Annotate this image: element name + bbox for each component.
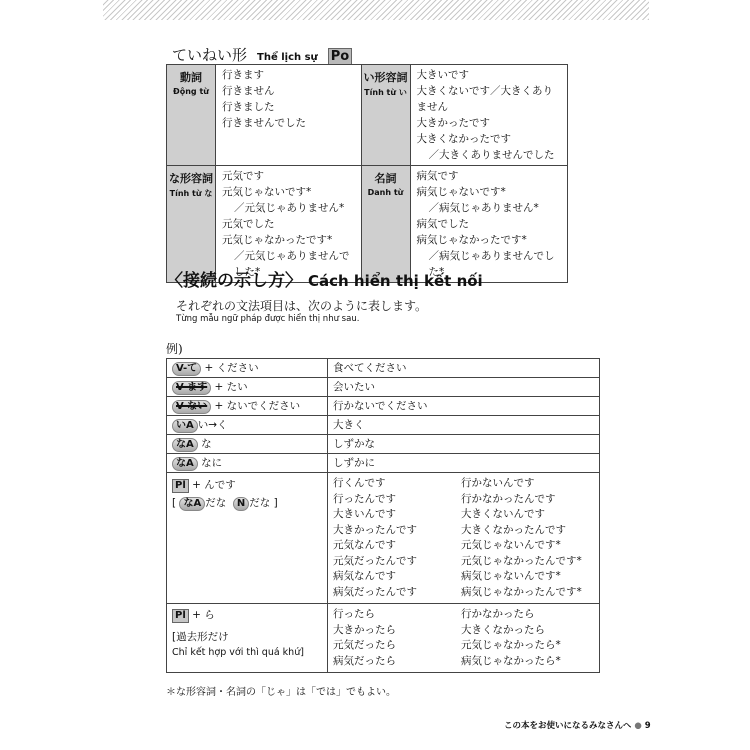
section-title-jp: 〈接続の示し方〉 bbox=[166, 266, 302, 291]
affirmative-examples: 行くんです 行ったんです 大きいんです 大きかったんです 元気なんです 元気だっ… bbox=[333, 476, 461, 600]
page-footer-text: この本をお使いになるみなさんへ bbox=[504, 721, 631, 731]
polite-form-title-jp: ていねい形 bbox=[172, 44, 247, 65]
verb-masu-badge: V-ます bbox=[172, 381, 211, 395]
plain-form-badge: Pl bbox=[172, 609, 189, 623]
verb-te-badge: V-て bbox=[172, 362, 201, 376]
table-row: なA なに しずかに bbox=[167, 454, 600, 473]
na-adjective-badge: なA bbox=[172, 457, 198, 471]
example-label: 例) bbox=[166, 340, 183, 357]
page-number: 9 bbox=[645, 721, 651, 731]
table-row: V-て + ください 食べてください bbox=[167, 359, 600, 378]
i-adjective-forms: 大きいです 大きくないです／大きくありません 大きかったです 大きくなかったです… bbox=[410, 65, 567, 166]
verb-forms: 行きます 行きません 行きました 行きませんでした bbox=[216, 65, 362, 166]
section-title-vi: Cách hiển thị kết nối bbox=[308, 272, 483, 290]
polite-form-table: 動詞 Động từ 行きます 行きません 行きました 行きませんでした い形容… bbox=[166, 64, 568, 283]
label-noun: 名詞 Danh từ bbox=[361, 166, 410, 283]
na-adjective-badge: なA bbox=[179, 497, 205, 511]
negative-examples: 行かなかったら 大きくなかったら 元気じゃなかったら* 病気じゃなかったら* bbox=[461, 607, 561, 669]
label-i-adjective: い形容詞 Tính từ い bbox=[361, 65, 410, 166]
i-adjective-badge: いA bbox=[172, 419, 198, 433]
noun-forms: 病気です 病気じゃないです* ／病気じゃありません* 病気でした 病気じゃなかっ… bbox=[410, 166, 567, 283]
bullet-icon: ● bbox=[634, 721, 641, 731]
section-desc-jp: それぞれの文法項目は、次のように表します。 bbox=[176, 297, 427, 314]
plain-form-badge: Pl bbox=[172, 479, 189, 493]
label-na-adjective: な形容詞 Tính từ な bbox=[167, 166, 216, 283]
connection-table: V-て + ください 食べてください V-ます + たい 会いたい V-ない +… bbox=[166, 358, 600, 673]
table-row: いAい→く 大きく bbox=[167, 416, 600, 435]
table-row-plain-n-desu: Pl + んです [ なAだな Nだな ] 行くんです 行ったんです 大きいんで… bbox=[167, 473, 600, 604]
table-row: V-ます + たい 会いたい bbox=[167, 378, 600, 397]
section-desc-vi: Từng mẫu ngữ pháp được hiển thị như sau. bbox=[176, 314, 359, 324]
affirmative-examples: 行ったら 大きかったら 元気だったら 病気だったら bbox=[333, 607, 461, 669]
noun-badge: N bbox=[233, 497, 249, 511]
label-verb: 動詞 Động từ bbox=[167, 65, 216, 166]
na-adjective-badge: なA bbox=[172, 438, 198, 452]
verb-nai-badge: V-ない bbox=[172, 400, 211, 414]
na-adjective-forms: 元気です 元気じゃないです* ／元気じゃありません* 元気でした 元気じゃなかっ… bbox=[216, 166, 362, 283]
po-badge: Po bbox=[328, 48, 352, 65]
page-footer: この本をお使いになるみなさんへ ● 9 bbox=[504, 719, 651, 731]
polite-form-title-vi: Thể lịch sự bbox=[257, 52, 318, 63]
table-row: V-ない + ないでください 行かないでください bbox=[167, 397, 600, 416]
negative-examples: 行かないんです 行かなかったんです 大きくないんです 大きくなかったんです 元気… bbox=[461, 476, 582, 600]
footnote: ＊な形容詞・名詞の「じゃ」は「では」でもよい。 bbox=[166, 683, 396, 698]
section-heading: 〈接続の示し方〉 Cách hiển thị kết nối bbox=[166, 266, 483, 291]
table-row: なA な しずかな bbox=[167, 435, 600, 454]
header-hatch-band bbox=[103, 0, 649, 20]
polite-form-heading: ていねい形 Thể lịch sự Po bbox=[172, 44, 352, 65]
table-row-plain-ra: Pl + ら [過去形だけ Chỉ kết hợp với thì quá kh… bbox=[167, 604, 600, 673]
